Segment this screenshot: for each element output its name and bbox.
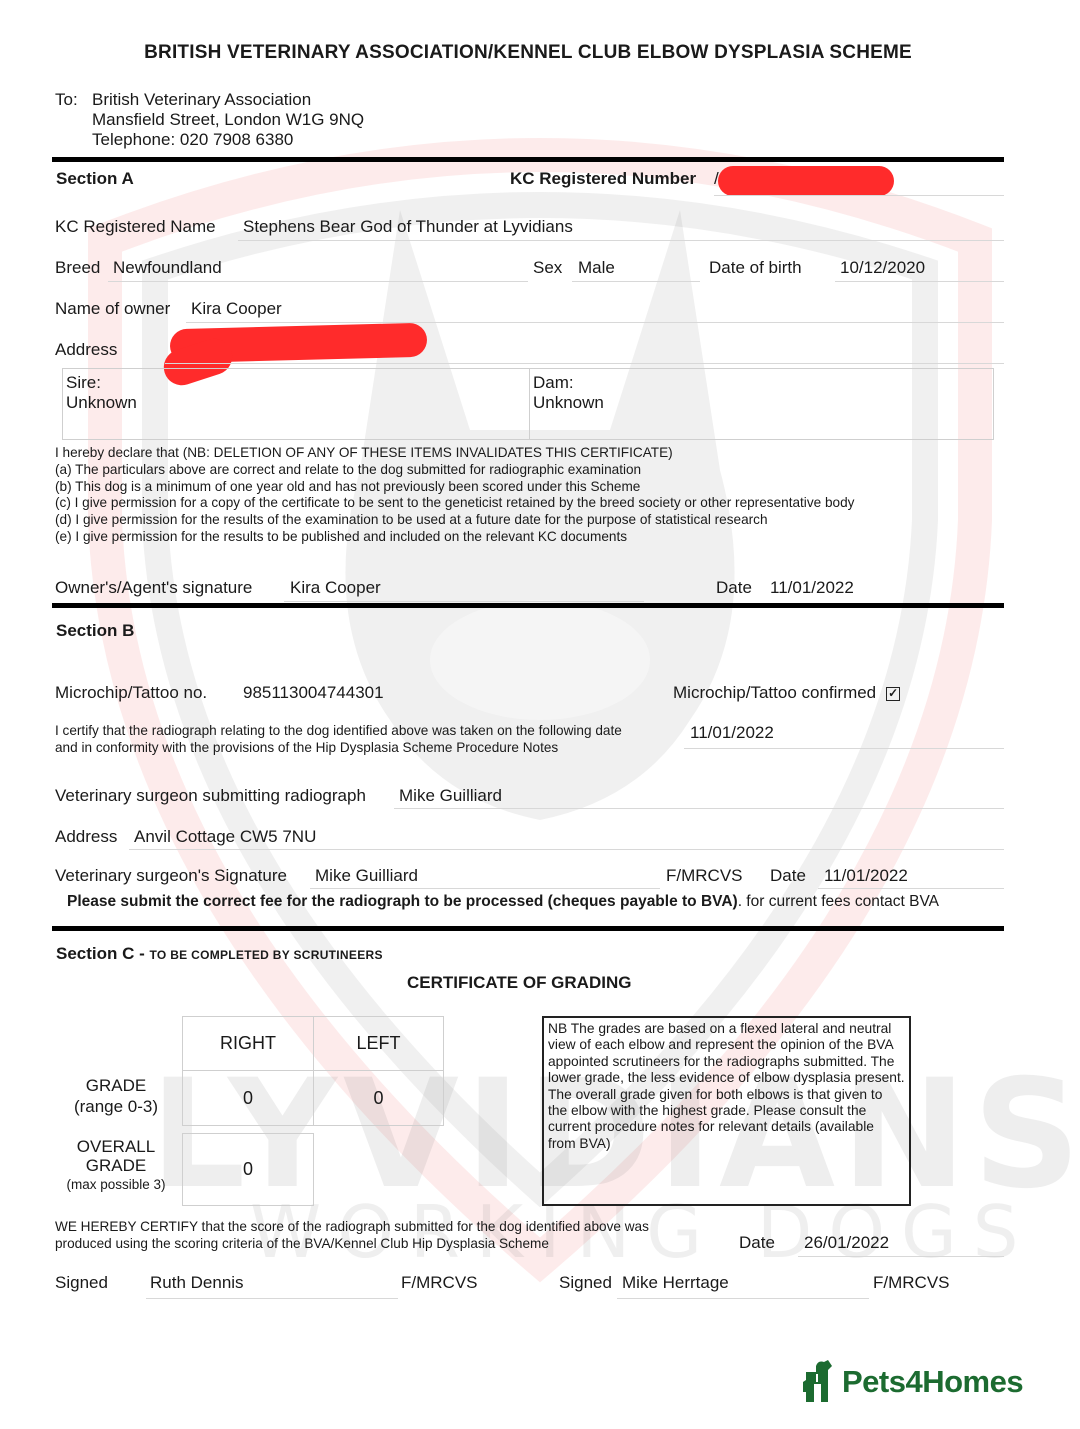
owner-signature-value: Kira Cooper xyxy=(290,578,381,598)
sex-label: Sex xyxy=(533,258,562,278)
owner-date-value: 11/01/2022 xyxy=(770,578,854,598)
kc-number-redaction xyxy=(718,166,894,196)
pets4homes-logo: Pets4Homes xyxy=(802,1358,1023,1406)
signer-1-name: Ruth Dennis xyxy=(150,1273,244,1293)
field-underline xyxy=(310,888,660,889)
signed-label-2: Signed xyxy=(559,1273,612,1293)
sire-field: Sire: Unknown xyxy=(66,373,137,413)
owner-signature-label: Owner's/Agent's signature xyxy=(55,578,252,598)
certificate-of-grading-title: CERTIFICATE OF GRADING xyxy=(407,973,631,993)
grading-notes-box: NB The grades are based on a flexed late… xyxy=(542,1016,911,1206)
field-underline xyxy=(394,808,1004,809)
dog-house-logo-icon xyxy=(802,1360,838,1404)
signer-1-fmrcvs: F/MRCVS xyxy=(401,1273,478,1293)
certify-line-2: and in conformity with the provisions of… xyxy=(55,740,622,757)
dob-label: Date of birth xyxy=(709,258,802,278)
overall-row-label: OVERALL GRADE (max possible 3) xyxy=(57,1137,175,1194)
declaration-intro: I hereby declare that (NB: DELETION OF A… xyxy=(55,445,854,462)
field-underline xyxy=(684,748,1004,749)
grading-date-value: 26/01/2022 xyxy=(804,1233,889,1253)
section-c-heading-row: Section C - TO BE COMPLETED BY SCRUTINEE… xyxy=(56,944,383,964)
field-underline xyxy=(146,1298,398,1299)
section-c-subheading: TO BE COMPLETED BY SCRUTINEERS xyxy=(150,948,383,962)
sire-label: Sire: xyxy=(66,373,137,393)
pedigree-box: Sire: Unknown Dam: Unknown xyxy=(62,368,994,440)
vet-submitting-value: Mike Guilliard xyxy=(399,786,502,806)
declaration: I hereby declare that (NB: DELETION OF A… xyxy=(55,445,854,546)
to-label: To: xyxy=(55,90,92,110)
overall-grade-value: 0 xyxy=(182,1133,314,1206)
scrutineer-certification: WE HEREBY CERTIFY that the score of the … xyxy=(55,1219,649,1252)
field-underline xyxy=(165,363,1004,364)
dam-field: Dam: Unknown xyxy=(533,373,604,413)
microchip-confirmed-checkbox[interactable]: ✓ xyxy=(886,687,900,701)
section-divider xyxy=(52,603,1004,608)
grade-range: (range 0-3) xyxy=(60,1096,172,1117)
signed-label-1: Signed xyxy=(55,1273,108,1293)
recipient-telephone: Telephone: 020 7908 6380 xyxy=(55,130,364,150)
recipient-name: British Veterinary Association xyxy=(92,90,311,109)
address-label: Address xyxy=(55,340,117,360)
owner-value: Kira Cooper xyxy=(191,299,282,319)
section-divider xyxy=(52,157,1004,162)
overall-label-2: GRADE xyxy=(57,1156,175,1175)
breed-value: Newfoundland xyxy=(113,258,222,278)
vet-date-label: Date xyxy=(770,866,806,886)
owner-label: Name of owner xyxy=(55,299,170,319)
signer-2-name: Mike Herrtage xyxy=(622,1273,729,1293)
radiograph-certification: I certify that the radiograph relating t… xyxy=(55,723,622,756)
field-underline xyxy=(108,281,528,282)
kc-number-label: KC Registered Number xyxy=(510,169,696,189)
right-grade-value: 0 xyxy=(182,1070,314,1126)
sex-value: Male xyxy=(578,258,615,278)
signer-2-fmrcvs: F/MRCVS xyxy=(873,1273,950,1293)
microchip-value: 985113004744301 xyxy=(243,683,384,703)
radiograph-date: 11/01/2022 xyxy=(690,723,774,743)
declaration-item-a: (a) The particulars above are correct an… xyxy=(55,462,854,479)
vet-submitting-label: Veterinary surgeon submitting radiograph xyxy=(55,786,366,806)
fee-notice: Please submit the correct fee for the ra… xyxy=(67,893,939,911)
kc-name-value: Stephens Bear God of Thunder at Lyvidian… xyxy=(243,217,573,237)
field-underline xyxy=(818,888,1004,889)
dam-value: Unknown xyxy=(533,393,604,413)
section-b-heading: Section B xyxy=(56,621,134,641)
vet-signature-label: Veterinary surgeon's Signature xyxy=(55,866,287,886)
document-title: BRITISH VETERINARY ASSOCIATION/KENNEL CL… xyxy=(0,42,1056,64)
fee-notice-bold: Please submit the correct fee for the ra… xyxy=(67,893,738,910)
field-underline xyxy=(572,281,700,282)
scrutineer-certify-line-1: WE HEREBY CERTIFY that the score of the … xyxy=(55,1219,649,1236)
fee-notice-rest: . for current fees contact BVA xyxy=(738,893,939,910)
left-grade-value: 0 xyxy=(313,1070,444,1126)
recipient-street: Mansfield Street, London W1G 9NQ xyxy=(55,110,364,130)
declaration-item-c: (c) I give permission for a copy of the … xyxy=(55,495,854,512)
vet-fmrcvs: F/MRCVS xyxy=(666,866,743,886)
vet-date-value: 11/01/2022 xyxy=(824,866,908,886)
overall-label-1: OVERALL xyxy=(57,1137,175,1156)
logo-text: Pets4Homes xyxy=(842,1364,1023,1400)
microchip-confirmed-label: Microchip/Tattoo confirmed xyxy=(673,683,876,702)
section-c-dash: - xyxy=(134,944,149,963)
overall-note: (max possible 3) xyxy=(57,1175,175,1194)
section-c-heading: Section C xyxy=(56,944,134,963)
scrutineer-certify-line-2: produced using the scoring criteria of t… xyxy=(55,1236,649,1253)
kc-name-label: KC Registered Name xyxy=(55,217,216,237)
field-underline xyxy=(129,849,1004,850)
declaration-item-d: (d) I give permission for the results of… xyxy=(55,512,854,529)
vet-address-label: Address xyxy=(55,827,117,847)
grade-label: GRADE xyxy=(60,1075,172,1096)
section-a-heading: Section A xyxy=(56,169,134,189)
declaration-item-e: (e) I give permission for the results to… xyxy=(55,529,854,546)
sire-value: Unknown xyxy=(66,393,137,413)
certificate-page: BRITISH VETERINARY ASSOCIATION/KENNEL CL… xyxy=(0,0,1080,1429)
vet-signature-value: Mike Guilliard xyxy=(315,866,418,886)
grading-note-2: The overall grade given for both elbows … xyxy=(548,1087,905,1153)
dam-label: Dam: xyxy=(533,373,604,393)
field-underline xyxy=(798,1256,1004,1257)
vet-address-value: Anvil Cottage CW5 7NU xyxy=(134,827,316,847)
grading-date-label: Date xyxy=(739,1233,775,1253)
grade-header-left: LEFT xyxy=(313,1016,444,1071)
pedigree-divider xyxy=(529,369,530,439)
declaration-item-b: (b) This dog is a minimum of one year ol… xyxy=(55,479,854,496)
field-underline xyxy=(238,240,1004,241)
breed-label: Breed xyxy=(55,258,100,278)
owner-date-label: Date xyxy=(716,578,752,598)
grading-note-1: NB The grades are based on a flexed late… xyxy=(548,1021,905,1087)
section-divider xyxy=(52,926,1004,931)
dob-value: 10/12/2020 xyxy=(840,258,925,278)
microchip-confirmed: Microchip/Tattoo confirmed✓ xyxy=(673,683,900,703)
microchip-label: Microchip/Tattoo no. xyxy=(55,683,207,703)
field-underline xyxy=(284,601,644,602)
grade-header-right: RIGHT xyxy=(182,1016,314,1071)
field-underline xyxy=(714,195,1004,196)
field-underline xyxy=(617,1298,869,1299)
grade-row-label: GRADE (range 0-3) xyxy=(60,1075,172,1117)
field-underline xyxy=(186,322,1004,323)
certify-line-1: I certify that the radiograph relating t… xyxy=(55,723,622,740)
recipient-address: To:British Veterinary Association Mansfi… xyxy=(55,90,364,150)
field-underline xyxy=(835,281,1004,282)
